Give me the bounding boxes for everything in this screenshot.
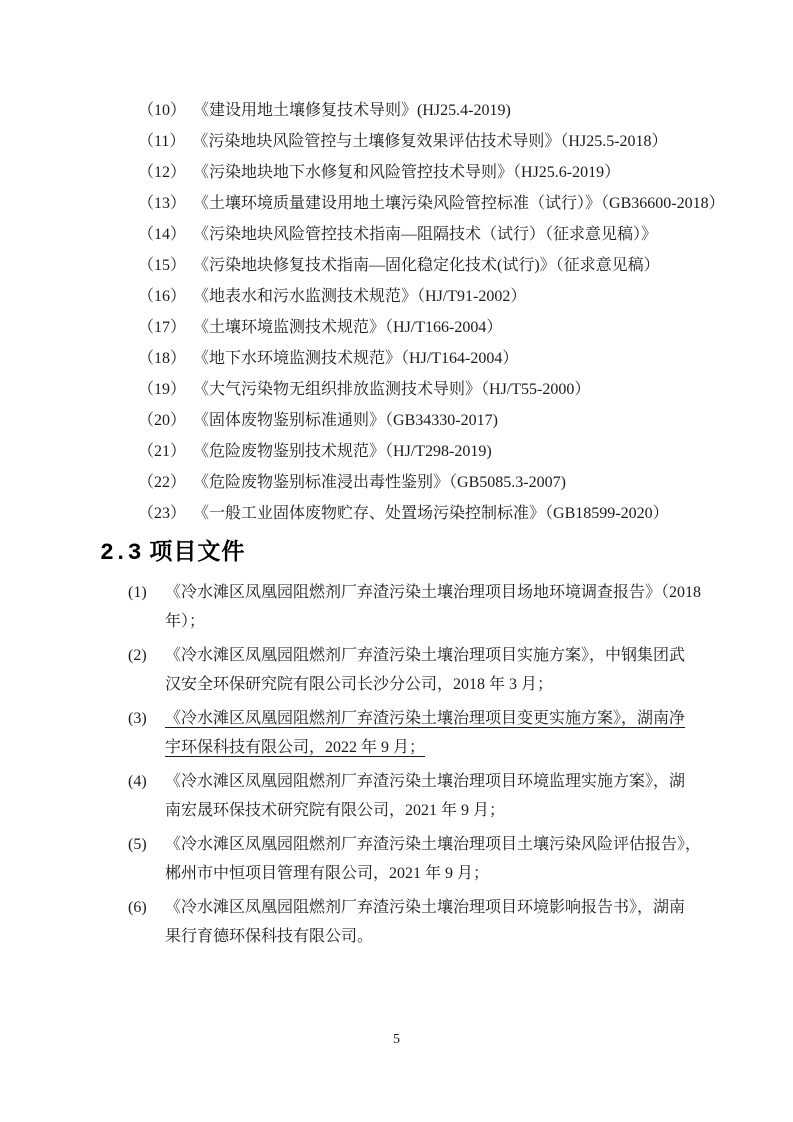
item-number: (3): [128, 704, 165, 733]
standards-list: （10）《建设用地土壤修复技术导则》(HJ25.4-2019)（11）《污染地块…: [138, 95, 723, 529]
item-number: （10）: [138, 95, 186, 126]
item-number: （21）: [138, 436, 186, 467]
project-file-item: (6)《冷水滩区凤凰园阻燃剂厂弃渣污染土壤治理项目环境影响报告书》，湖南果行育德…: [128, 893, 723, 951]
item-number: （13）: [138, 188, 186, 219]
item-text-line: 宇环保科技有限公司，2022 年 9 月；: [165, 733, 723, 762]
item-number: （22）: [138, 467, 186, 498]
item-text-line: 郴州市中恒项目管理有限公司，2021 年 9 月；: [165, 859, 723, 888]
item-text: 《建设用地土壤修复技术导则》(HJ25.4-2019): [193, 102, 511, 119]
standards-list-item: （20）《固体废物鉴别标准通则》（GB34330-2017): [138, 405, 723, 436]
page-number: 5: [0, 1030, 793, 1050]
item-number: (6): [128, 893, 165, 922]
standards-list-item: （19）《大气污染物无组织排放监测技术导则》（HJ/T55-2000）: [138, 374, 723, 405]
item-text: 《污染地块地下水修复和风险管控技术导则》（HJ25.6-2019）: [193, 164, 620, 181]
standards-list-item: （17）《土壤环境监测技术规范》（HJ/T166-2004）: [138, 312, 723, 343]
item-text-line: 南宏晟环保技术研究院有限公司，2021 年 9 月；: [165, 796, 723, 825]
item-number: （11）: [138, 126, 185, 157]
item-text-lines: 《冷水滩区凤凰园阻燃剂厂弃渣污染土壤治理项目环境监理实施方案》，湖南宏晟环保技术…: [165, 767, 723, 825]
project-file-item: (2)《冷水滩区凤凰园阻燃剂厂弃渣污染土壤治理项目实施方案》，中钢集团武汉安全环…: [128, 641, 723, 699]
item-text: 《土壤环境质量建设用地土壤污染风险管控标准（试行）》（GB36600-2018）: [193, 195, 725, 212]
item-text: 《地下水环境监测技术规范》（HJ/T164-2004）: [193, 350, 518, 367]
item-text-lines: 《冷水滩区凤凰园阻燃剂厂弃渣污染土壤治理项目场地环境调查报告》（2018年）；: [165, 578, 723, 636]
item-text-line: 《冷水滩区凤凰园阻燃剂厂弃渣污染土壤治理项目场地环境调查报告》（2018: [165, 578, 723, 607]
item-text-line: 《冷水滩区凤凰园阻燃剂厂弃渣污染土壤治理项目变更实施方案》，湖南净: [165, 704, 723, 733]
project-files-list: (1)《冷水滩区凤凰园阻燃剂厂弃渣污染土壤治理项目场地环境调查报告》（2018年…: [128, 578, 723, 956]
item-text: 《污染地块修复技术指南—固化稳定化技术(试行)》（征求意见稿）: [193, 257, 660, 274]
item-number: （17）: [138, 312, 186, 343]
standards-list-item: （18）《地下水环境监测技术规范》（HJ/T164-2004）: [138, 343, 723, 374]
standards-list-item: （21）《危险废物鉴别技术规范》（HJ/T298-2019): [138, 436, 723, 467]
item-number: （12）: [138, 157, 186, 188]
item-text: 《污染地块风险管控与土壤修复效果评估技术导则》（HJ25.5-2018）: [192, 133, 667, 150]
item-number: （15）: [138, 250, 186, 281]
item-text-line: 汉安全环保研究院有限公司长沙分公司，2018 年 3 月；: [165, 670, 723, 699]
standards-list-item: （22）《危险废物鉴别标准浸出毒性鉴别》（GB5085.3-2007): [138, 467, 723, 498]
item-number: (5): [128, 830, 165, 859]
item-number: （16）: [138, 281, 186, 312]
item-text-lines: 《冷水滩区凤凰园阻燃剂厂弃渣污染土壤治理项目变更实施方案》，湖南净宇环保科技有限…: [165, 704, 723, 762]
standards-list-item: （16）《地表水和污水监测技术规范》（HJ/T91-2002）: [138, 281, 723, 312]
item-number: (1): [128, 578, 165, 607]
item-text-line: 《冷水滩区凤凰园阻燃剂厂弃渣污染土壤治理项目土壤污染风险评估报告》，: [165, 830, 723, 859]
standards-list-item: （14）《污染地块风险管控技术指南—阻隔技术（试行）（征求意见稿）》: [138, 219, 723, 250]
item-number: (2): [128, 641, 165, 670]
standards-list-item: （15）《污染地块修复技术指南—固化稳定化技术(试行)》（征求意见稿）: [138, 250, 723, 281]
section-number: 2.3: [100, 540, 141, 566]
item-number: （20）: [138, 405, 186, 436]
item-text: 《固体废物鉴别标准通则》（GB34330-2017): [193, 412, 498, 429]
item-text-lines: 《冷水滩区凤凰园阻燃剂厂弃渣污染土壤治理项目实施方案》，中钢集团武汉安全环保研究…: [165, 641, 723, 699]
item-text-line: 《冷水滩区凤凰园阻燃剂厂弃渣污染土壤治理项目实施方案》，中钢集团武: [165, 641, 723, 670]
item-text-line: 果行育德环保科技有限公司。: [165, 922, 723, 951]
section-heading: 2.3项目文件: [100, 536, 245, 568]
item-text: 《污染地块风险管控技术指南—阻隔技术（试行）（征求意见稿）》: [193, 226, 657, 243]
item-text: 《地表水和污水监测技术规范》（HJ/T91-2002）: [193, 288, 526, 305]
project-file-item: (5)《冷水滩区凤凰园阻燃剂厂弃渣污染土壤治理项目土壤污染风险评估报告》，郴州市…: [128, 830, 723, 888]
item-text: 《大气污染物无组织排放监测技术导则》（HJ/T55-2000）: [193, 381, 590, 398]
item-text: 《一般工业固体废物贮存、处置场污染控制标准》（GB18599-2020）: [193, 505, 669, 522]
project-file-item: (1)《冷水滩区凤凰园阻燃剂厂弃渣污染土壤治理项目场地环境调查报告》（2018年…: [128, 578, 723, 636]
item-text: 《土壤环境监测技术规范》（HJ/T166-2004）: [193, 319, 502, 336]
standards-list-item: （10）《建设用地土壤修复技术导则》(HJ25.4-2019): [138, 95, 723, 126]
item-text: 《危险废物鉴别技术规范》（HJ/T298-2019): [193, 443, 492, 460]
item-text-lines: 《冷水滩区凤凰园阻燃剂厂弃渣污染土壤治理项目土壤污染风险评估报告》，郴州市中恒项…: [165, 830, 723, 888]
item-text-line: 年）；: [165, 607, 723, 636]
standards-list-item: （11）《污染地块风险管控与土壤修复效果评估技术导则》（HJ25.5-2018）: [138, 126, 723, 157]
section-title: 项目文件: [149, 538, 245, 564]
item-text-line: 《冷水滩区凤凰园阻燃剂厂弃渣污染土壤治理项目环境影响报告书》，湖南: [165, 893, 723, 922]
item-number: （18）: [138, 343, 186, 374]
item-text-lines: 《冷水滩区凤凰园阻燃剂厂弃渣污染土壤治理项目环境影响报告书》，湖南果行育德环保科…: [165, 893, 723, 951]
project-file-item: (3)《冷水滩区凤凰园阻燃剂厂弃渣污染土壤治理项目变更实施方案》，湖南净宇环保科…: [128, 704, 723, 762]
item-number: （23）: [138, 498, 186, 529]
project-file-item: (4)《冷水滩区凤凰园阻燃剂厂弃渣污染土壤治理项目环境监理实施方案》，湖南宏晟环…: [128, 767, 723, 825]
standards-list-item: （12）《污染地块地下水修复和风险管控技术导则》（HJ25.6-2019）: [138, 157, 723, 188]
item-number: （19）: [138, 374, 186, 405]
item-number: (4): [128, 767, 165, 796]
item-text: 《危险废物鉴别标准浸出毒性鉴别》（GB5085.3-2007): [193, 474, 566, 491]
document-page: （10）《建设用地土壤修复技术导则》(HJ25.4-2019)（11）《污染地块…: [0, 0, 793, 1122]
standards-list-item: （13）《土壤环境质量建设用地土壤污染风险管控标准（试行）》（GB36600-2…: [138, 188, 723, 219]
standards-list-item: （23）《一般工业固体废物贮存、处置场污染控制标准》（GB18599-2020）: [138, 498, 723, 529]
item-number: （14）: [138, 219, 186, 250]
item-text-line: 《冷水滩区凤凰园阻燃剂厂弃渣污染土壤治理项目环境监理实施方案》，湖: [165, 767, 723, 796]
